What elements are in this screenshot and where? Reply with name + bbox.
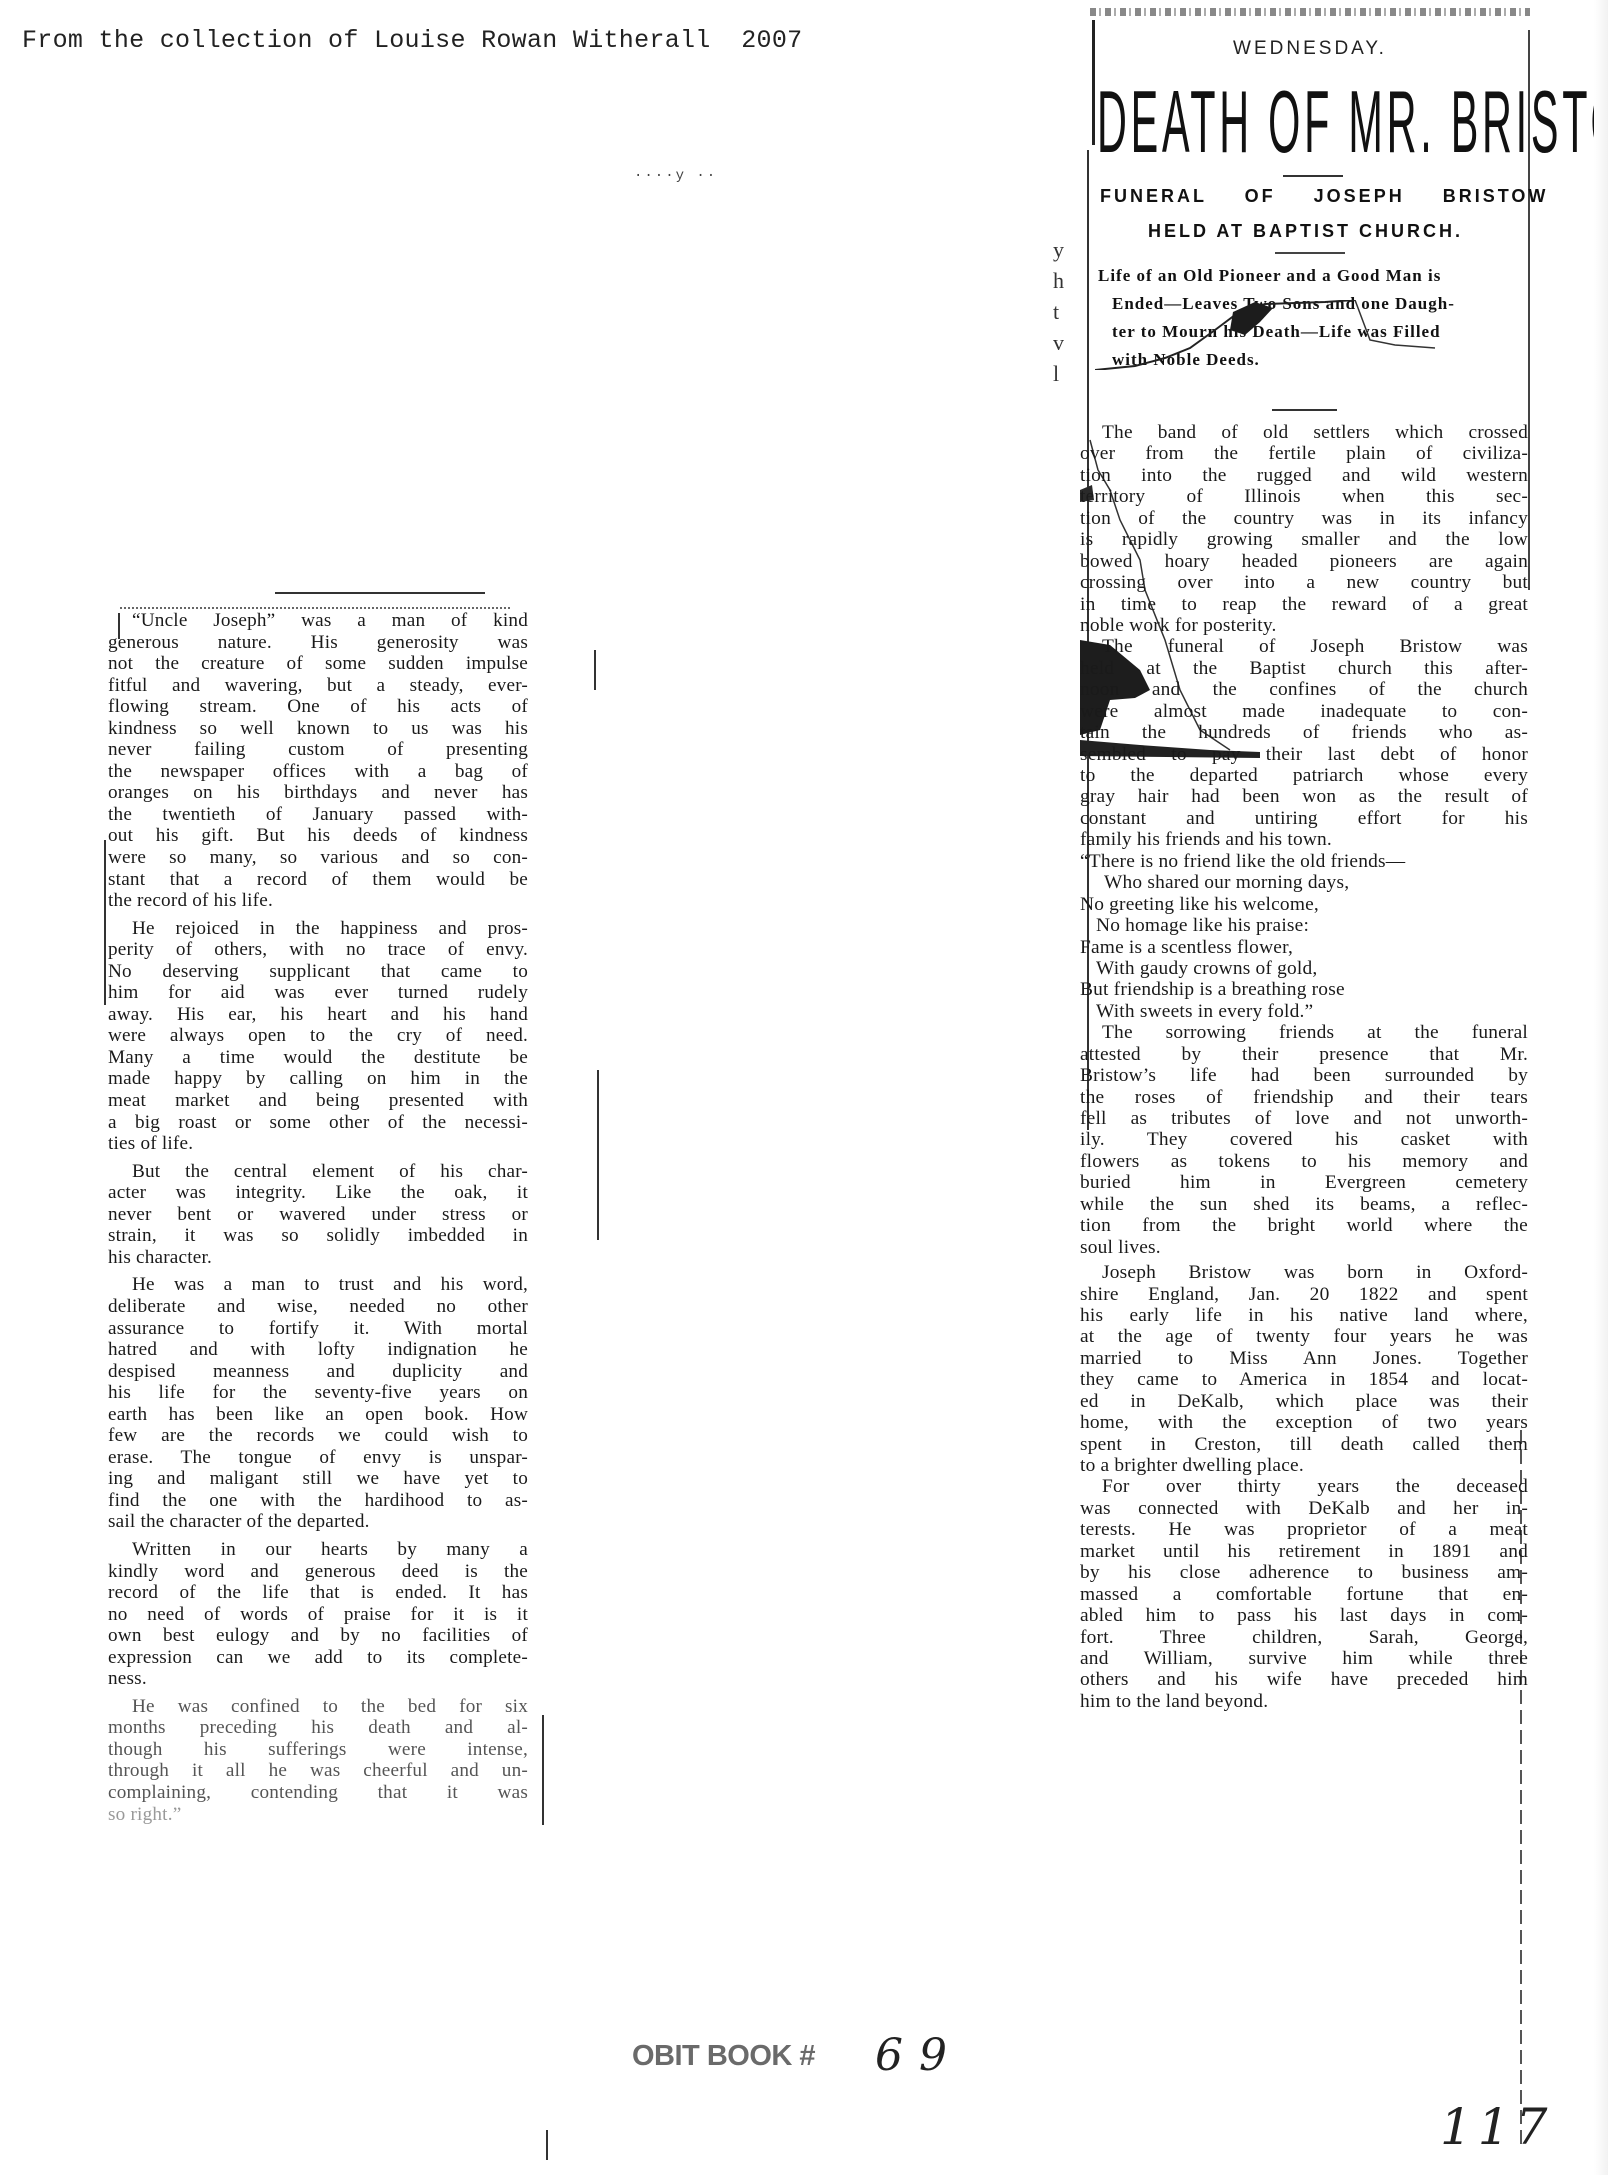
text-line: hatred and with lofty indignation he	[108, 1339, 528, 1361]
text-line: is rapidly growing smaller and the low	[1080, 529, 1528, 550]
text-line: He was confined to the bed for six	[108, 1696, 528, 1718]
text-line: No homage like his praise:	[1080, 915, 1528, 936]
text-line: fort. Three children, Sarah, George,	[1080, 1627, 1528, 1648]
text-line: made happy by calling on him in the	[108, 1068, 528, 1090]
text-line: fitful and wavering, but a steady, ever-	[108, 675, 528, 697]
text-line: kindly word and generous deed is the	[108, 1561, 528, 1583]
text-line: shire England, Jan. 20 1822 and spent	[1080, 1284, 1528, 1305]
text-line: Joseph Bristow was born in Oxford-	[1080, 1262, 1528, 1283]
text-line: find the one with the hardihood to as-	[108, 1490, 528, 1512]
text-line: meat market and being presented with	[108, 1090, 528, 1112]
text-line: For over thirty years the deceased	[1080, 1476, 1528, 1497]
text-line: abled him to pass his last days in com-	[1080, 1605, 1528, 1626]
text-line: were so many, so various and so con-	[108, 847, 528, 869]
text-line: “There is no friend like the old friends…	[1080, 851, 1528, 872]
text-line: massed a comfortable fortune that en-	[1080, 1584, 1528, 1605]
text-line: flowers as tokens to his memory and	[1080, 1151, 1528, 1172]
margin-letter: y	[1053, 234, 1073, 265]
text-line: noon and the confines of the church	[1080, 679, 1528, 700]
text-line: his life for the seventy-five years on	[108, 1382, 528, 1404]
text-line: constant and untiring effort for his	[1080, 808, 1528, 829]
text-line: record of the life that is ended. It has	[108, 1582, 528, 1604]
clipping-border	[546, 2130, 548, 2160]
text-line: him to the land beyond.	[1080, 1691, 1528, 1712]
clipping-torn-edge	[120, 607, 510, 609]
text-line: sembled to pay their last debt of honor	[1080, 744, 1528, 765]
text-line: generous nature. His generosity was	[108, 632, 528, 654]
text-line: spent in Creston, till death called them	[1080, 1434, 1528, 1455]
text-line: strain, it was so solidly imbedded in	[108, 1225, 528, 1247]
margin-letter: l	[1053, 358, 1073, 389]
text-line: He was a man to trust and his word,	[108, 1274, 528, 1296]
text-line: though his sufferings were intense,	[108, 1739, 528, 1761]
text-line: married to Miss Ann Jones. Together	[1080, 1348, 1528, 1369]
text-line: sail the character of the departed.	[108, 1511, 528, 1533]
paper-tear-mark	[1095, 300, 1475, 370]
text-line: Who shared our morning days,	[1080, 872, 1528, 893]
text-line: was connected with DeKalb and her in-	[1080, 1498, 1528, 1519]
text-line: Fame is a scentless flower,	[1080, 937, 1528, 958]
deck-line: Life of an Old Pioneer and a Good Man is	[1098, 262, 1528, 290]
text-line: fell as tributes of love and not unworth…	[1080, 1108, 1528, 1129]
text-line: complaining, contending that it was	[108, 1782, 528, 1804]
text-line: expression can we add to its complete-	[108, 1647, 528, 1669]
obit-book-number: 69	[875, 2030, 963, 2081]
text-line: tion from the bright world where the	[1080, 1215, 1528, 1236]
text-line: and William, survive him while three	[1080, 1648, 1528, 1669]
text-line: ing and maligant still we have yet to	[108, 1468, 528, 1490]
scan-edge	[1594, 0, 1608, 2175]
text-line: at the age of twenty four years he was	[1080, 1326, 1528, 1347]
text-line: months preceding his death and al-	[108, 1717, 528, 1739]
deck-rule	[1275, 252, 1345, 254]
text-line: while the sun shed its beams, a reflec-	[1080, 1194, 1528, 1215]
obituary-right-column: The band of old settlers which crossedov…	[1080, 422, 1528, 1712]
text-line: But friendship is a breathing rose	[1080, 979, 1528, 1000]
text-line: were almost made inadequate to con-	[1080, 701, 1528, 722]
text-line: they came to America in 1854 and locat-	[1080, 1369, 1528, 1390]
text-line: never bent or wavered under stress or	[108, 1204, 528, 1226]
text-line: The sorrowing friends at the funeral	[1080, 1022, 1528, 1043]
clipping-torn-edge	[1090, 8, 1530, 16]
text-line: family his friends and his town.	[1080, 829, 1528, 850]
text-line: bowed hoary headed pioneers are again	[1080, 551, 1528, 572]
section-rule	[1272, 409, 1337, 411]
text-line: territory of Illinois when this sec-	[1080, 486, 1528, 507]
margin-letter: h	[1053, 265, 1073, 296]
clipping-border	[597, 1070, 599, 1240]
text-line: through it all he was cheerful and un-	[108, 1760, 528, 1782]
text-line: never failing custom of presenting	[108, 739, 528, 761]
text-line: him for aid was ever turned rudely	[108, 982, 528, 1004]
text-line: earth has been like an open book. How	[108, 1404, 528, 1426]
margin-letters: y h t v l	[1053, 234, 1073, 389]
text-line: despised meanness and duplicity and	[108, 1361, 528, 1383]
text-line: The band of old settlers which crossed	[1080, 422, 1528, 443]
text-line: Many a time would the destitute be	[108, 1047, 528, 1069]
text-line: a big roast or some other of the necessi…	[108, 1112, 528, 1134]
text-line: his early life in his native land where,	[1080, 1305, 1528, 1326]
text-line: deliberate and wise, needed no other	[108, 1296, 528, 1318]
clipping-border	[594, 650, 596, 690]
text-line: others and his wife have preceded him	[1080, 1669, 1528, 1690]
text-line: No greeting like his welcome,	[1080, 894, 1528, 915]
text-line: buried him in Evergreen cemetery	[1080, 1172, 1528, 1193]
text-line: tion of the country was in its infancy	[1080, 508, 1528, 529]
text-line: perity of others, with no trace of envy.	[108, 939, 528, 961]
text-line: With sweets in every fold.”	[1080, 1001, 1528, 1022]
text-line: oranges on his birthdays and never has	[108, 782, 528, 804]
text-line: to the departed patriarch whose every	[1080, 765, 1528, 786]
text-line: No deserving supplicant that came to	[108, 961, 528, 983]
scan-specks: ····y ··	[634, 168, 717, 184]
text-line: Written in our hearts by many a	[108, 1539, 528, 1561]
weekday-label: WEDNESDAY.	[1095, 38, 1525, 60]
text-line: own best eulogy and by no facilities of	[108, 1625, 528, 1647]
clipping-separator-rule	[275, 592, 485, 594]
margin-letter: t	[1053, 296, 1073, 327]
text-line: But the central element of his char-	[108, 1161, 528, 1183]
text-line: the roses of friendship and their tears	[1080, 1087, 1528, 1108]
text-line: terests. He was proprietor of a meat	[1080, 1519, 1528, 1540]
text-line: attested by their presence that Mr.	[1080, 1044, 1528, 1065]
collection-note: From the collection of Louise Rowan With…	[22, 26, 802, 55]
text-line: few are the records we could wish to	[108, 1425, 528, 1447]
text-line: noble work for posterity.	[1080, 615, 1528, 636]
text-line: assurance to fortify it. With mortal	[108, 1318, 528, 1340]
text-line: erase. The tongue of envy is unspar-	[108, 1447, 528, 1469]
clipping-border	[104, 840, 106, 1005]
text-line: ties of life.	[108, 1133, 528, 1155]
text-line: the newspaper offices with a bag of	[108, 761, 528, 783]
headline-underline	[1283, 175, 1343, 177]
text-line: not the creature of some sudden impulse	[108, 653, 528, 675]
text-line: the twentieth of January passed with-	[108, 804, 528, 826]
text-line: The funeral of Joseph Bristow was	[1080, 636, 1528, 657]
text-line: were always open to the cry of need.	[108, 1025, 528, 1047]
text-line: tain the hundreds of friends who as-	[1080, 722, 1528, 743]
clipping-border	[542, 1715, 544, 1825]
text-line: acter was integrity. Like the oak, it	[108, 1182, 528, 1204]
margin-letter: v	[1053, 327, 1073, 358]
text-line: ed in DeKalb, which place was their	[1080, 1391, 1528, 1412]
text-line: home, with the exception of two years	[1080, 1412, 1528, 1433]
text-line: stant that a record of them would be	[108, 869, 528, 891]
text-line: in time to reap the reward of a great	[1080, 594, 1528, 615]
headline: DEATH OF MR. BRISTOW.	[1097, 72, 1299, 172]
obit-book-stamp: OBIT BOOK #	[632, 2040, 815, 2073]
text-line: away. His ear, his heart and his hand	[108, 1004, 528, 1026]
text-line: out his gift. But his deeds of kindness	[108, 825, 528, 847]
text-line: to a brighter dwelling place.	[1080, 1455, 1528, 1476]
text-line: over from the fertile plain of civiliza-	[1080, 443, 1528, 464]
subheadline-2: HELD AT BAPTIST CHURCH.	[1148, 221, 1568, 242]
text-line: ily. They covered his casket with	[1080, 1129, 1528, 1150]
text-line: market until his retirement in 1891 and	[1080, 1541, 1528, 1562]
text-line: “Uncle Joseph” was a man of kind	[108, 610, 528, 632]
obituary-left-column: “Uncle Joseph” was a man of kindgenerous…	[108, 610, 528, 1825]
text-line: soul lives.	[1080, 1237, 1528, 1258]
text-line: gray hair had been won as the result of	[1080, 786, 1528, 807]
text-line: kindness so well known to us was his	[108, 718, 528, 740]
text-line: tion into the rugged and wild western	[1080, 465, 1528, 486]
page-number: 117	[1440, 2098, 1553, 2156]
text-line: so right.”	[108, 1804, 528, 1826]
text-line: his character.	[108, 1247, 528, 1269]
text-line: held at the Baptist church this after-	[1080, 658, 1528, 679]
text-line: ness.	[108, 1668, 528, 1690]
text-line: the record of his life.	[108, 890, 528, 912]
text-line: no need of words of praise for it is it	[108, 1604, 528, 1626]
text-line: Bristow’s life had been surrounded by	[1080, 1065, 1528, 1086]
text-line: With gaudy crowns of gold,	[1080, 958, 1528, 979]
text-line: flowing stream. One of his acts of	[108, 696, 528, 718]
text-line: crossing over into a new country but	[1080, 572, 1528, 593]
subheadline-1: FUNERAL OF JOSEPH BRISTOW	[1100, 186, 1520, 207]
text-line: by his close adherence to business am-	[1080, 1562, 1528, 1583]
text-line: He rejoiced in the happiness and pros-	[108, 918, 528, 940]
